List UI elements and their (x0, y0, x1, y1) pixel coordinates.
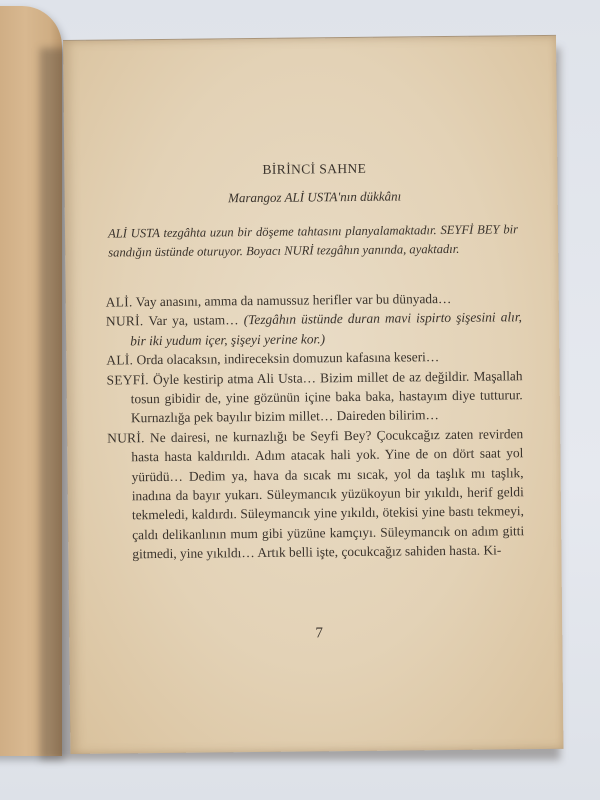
speaker-name: ALİ. (106, 294, 133, 309)
book-page: BİRİNCİ SAHNE Marangoz ALİ USTA'nın dükk… (63, 35, 563, 754)
dialogue-line: NURİ. Ne dairesi, ne kurnazlığı be Seyfi… (107, 424, 524, 564)
dialogue-text: Öyle kestirip atma Ali Usta… Bizim mille… (131, 368, 523, 426)
scene-setting: Marangoz ALİ USTA'nın dükkânı (105, 187, 525, 207)
dialogue: ALİ. Vay anasını, amma da namussuz herif… (106, 288, 525, 564)
dialogue-line: SEYFİ. Öyle kestirip atma Ali Usta… Bizi… (106, 366, 523, 429)
page-content: BİRİNCİ SAHNE Marangoz ALİ USTA'nın dükk… (103, 36, 523, 40)
speaker-name: SEYFİ. (106, 372, 149, 387)
page-number: 7 (109, 623, 529, 644)
speaker-name: NURİ. (106, 314, 144, 329)
scene-title: BİRİNCİ SAHNE (104, 159, 524, 179)
dialogue-text: Vay anasını, amma da namussuz herifler v… (133, 291, 452, 309)
stage-direction: ALİ USTA tezgâhta uzun bir döşeme tahtas… (108, 220, 518, 262)
speaker-name: NURİ. (107, 430, 145, 445)
dialogue-line: NURİ. Var ya, ustam… (Tezgâhın üstünde d… (106, 308, 522, 351)
dialogue-text: Orda olacaksın, indireceksin domuzun kaf… (133, 349, 439, 367)
speaker-name: ALİ. (106, 353, 133, 368)
dialogue-text: Var ya, ustam… (143, 313, 243, 329)
dialogue-text: Ne dairesi, ne kurnazlığı be Seyfi Bey? … (131, 426, 524, 562)
